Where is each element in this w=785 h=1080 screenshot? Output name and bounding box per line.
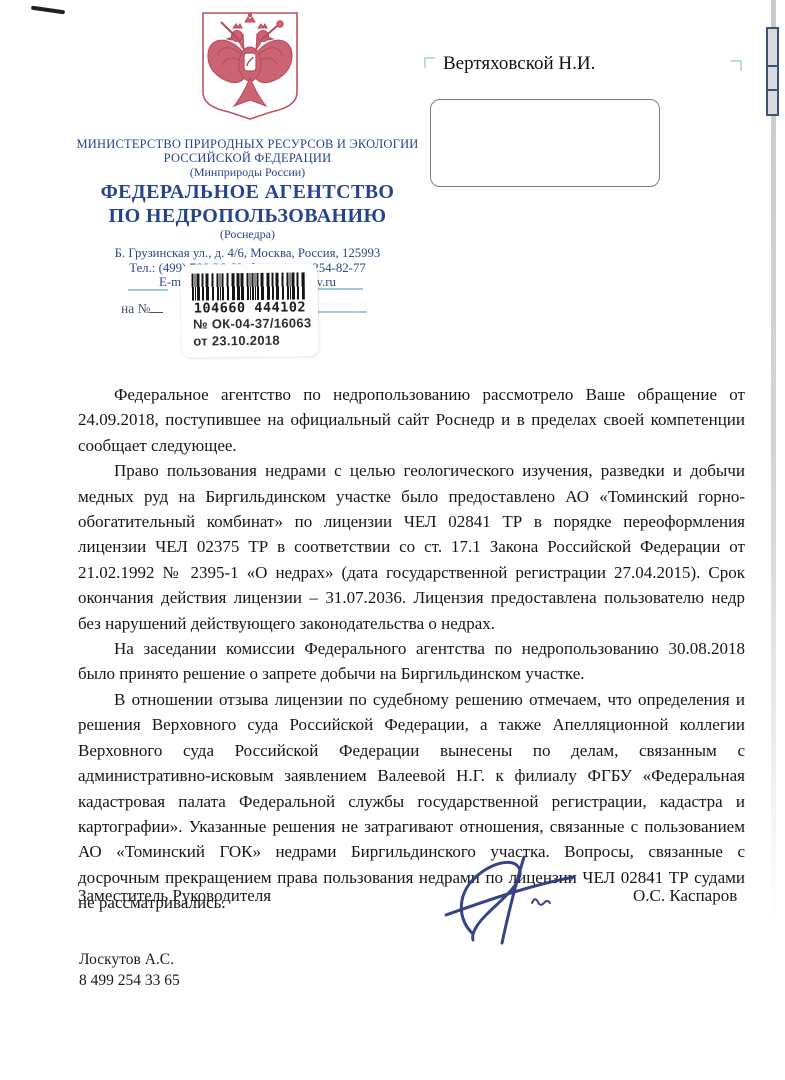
- body-paragraph: Федеральное агентство по недропользовани…: [78, 382, 745, 458]
- scan-edge-strip: [771, 0, 776, 930]
- body-paragraph: На заседании комиссии Федерального агент…: [78, 636, 745, 687]
- registration-sticker: 104660 444102 № ОК-04-37/16063 от 23.10.…: [181, 263, 319, 357]
- agency-short-name: (Роснедра): [60, 228, 435, 241]
- scan-corner-mark: [731, 60, 742, 71]
- ministry-short-name: (Минприроды России): [60, 166, 435, 179]
- body-paragraph: В отношении отзыва лицензии по судебному…: [78, 687, 745, 916]
- incoming-ref-label-text: на №: [121, 301, 150, 316]
- signer-position-title: Заместитель Руководителя: [78, 886, 271, 906]
- scanned-letter-page: МИНИСТЕРСТВО ПРИРОДНЫХ РЕСУРСОВ И ЭКОЛОГ…: [0, 0, 785, 1080]
- recipient-name: Вертяховской Н.И.: [443, 53, 595, 75]
- executor-name: Лоскутов А.С.: [79, 951, 174, 969]
- barcode-digits: 104660 444102: [189, 299, 311, 316]
- agency-name-line2: ПО НЕДРОПОЛЬЗОВАНИЮ: [60, 206, 435, 227]
- reference-blank-line: [310, 311, 367, 313]
- incoming-ref-label: на №: [121, 301, 163, 317]
- agency-address: Б. Грузинская ул., д. 4/6, Москва, Росси…: [60, 247, 435, 260]
- reference-blank-line: [313, 288, 363, 290]
- agency-name-line1: ФЕДЕРАЛЬНОЕ АГЕНТСТВО: [60, 182, 435, 203]
- scan-artifact-dash: [31, 6, 65, 15]
- ministry-name-line1: МИНИСТЕРСТВО ПРИРОДНЫХ РЕСУРСОВ И ЭКОЛОГ…: [60, 138, 435, 152]
- russia-coat-of-arms-icon: [197, 10, 303, 122]
- scan-corner-mark: [424, 57, 435, 68]
- incoming-ref-blank: [150, 301, 163, 313]
- document-number: № ОК-04-37/16063: [193, 315, 311, 331]
- redacted-address-box: [430, 99, 660, 187]
- signer-name: О.С. Каспаров: [633, 886, 737, 906]
- scan-edge-marker-divider: [768, 65, 777, 67]
- reference-blank-line: [128, 289, 168, 291]
- handwritten-signature: [438, 853, 583, 951]
- ministry-name-line2: РОССИЙСКОЙ ФЕДЕРАЦИИ: [60, 152, 435, 166]
- document-date: от 23.10.2018: [193, 333, 280, 349]
- scan-edge-marker: [766, 27, 779, 116]
- scan-edge-marker-divider: [768, 89, 777, 91]
- body-paragraph: Право пользования недрами с целью геолог…: [78, 458, 745, 636]
- executor-phone: 8 499 254 33 65: [79, 972, 180, 990]
- letter-body: Федеральное агентство по недропользовани…: [78, 382, 745, 916]
